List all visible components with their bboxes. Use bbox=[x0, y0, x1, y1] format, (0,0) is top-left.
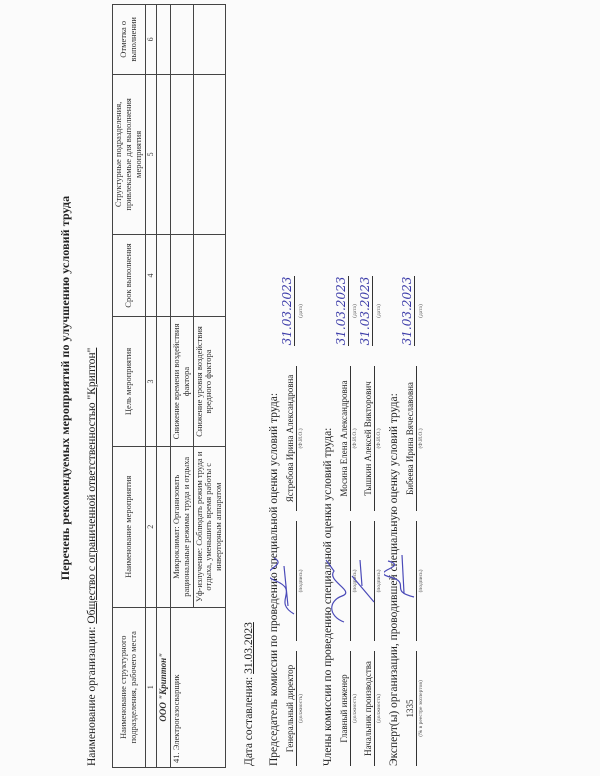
header-workplace: Наименование структурного подразделения,… bbox=[113, 607, 146, 767]
member-position: Начальник производства bbox=[362, 651, 375, 766]
member-name: Тышкин Алексей Викторович bbox=[362, 366, 375, 511]
header-mark: Отметка о выполнении bbox=[113, 5, 146, 75]
deadline-cell bbox=[171, 235, 194, 317]
member-signature bbox=[348, 556, 378, 606]
expert-date: 31.03.2023 bbox=[400, 276, 415, 346]
group-name: ООО "Криптон" bbox=[157, 607, 171, 767]
group-row: ООО "Криптон" bbox=[157, 5, 171, 768]
member-date: 31.03.2023 bbox=[334, 276, 349, 346]
caption-signature: (подпись) bbox=[298, 521, 304, 641]
member-signature-row: Главный инженер (должность) (подпись) Мо… bbox=[338, 6, 362, 766]
measures-table: Наименование структурного подразделения,… bbox=[112, 4, 226, 768]
expert-name: Бибеева Ирина Вячеславовна bbox=[404, 366, 417, 511]
caption-reg-number: (№ в реестре экспертов) bbox=[418, 651, 424, 766]
member-date: 31.03.2023 bbox=[358, 276, 373, 346]
goal-cell: Снижение уровня воздействия вредного фак… bbox=[193, 316, 225, 446]
expert-reg-number: 1335 bbox=[404, 651, 417, 766]
member-position: Главный инженер bbox=[338, 651, 351, 766]
departments-cell bbox=[171, 74, 194, 234]
col-num: 5 bbox=[146, 74, 157, 234]
caption-name: (Ф.И.О.) bbox=[376, 366, 382, 511]
caption-signature: (подпись) bbox=[418, 521, 424, 641]
date-label: Дата составления: bbox=[243, 677, 255, 766]
goal-cell: Снижение времени воздействия фактора bbox=[171, 316, 194, 446]
chairman-signature bbox=[270, 556, 300, 616]
header-goal: Цель мероприятия bbox=[113, 316, 146, 446]
caption-position: (должность) bbox=[352, 651, 358, 766]
header-deadline: Срок выполнения bbox=[113, 235, 146, 317]
deadline-cell bbox=[193, 235, 225, 317]
org-name: Общество с ограниченной ответственностью… bbox=[86, 348, 98, 624]
chairman-name: Ястребова Ирина Александровна bbox=[284, 366, 297, 511]
document-title: Перечень рекомендуемых мероприятий по ул… bbox=[58, 0, 73, 776]
organization-line: Наименование организации: Общество с огр… bbox=[86, 348, 98, 766]
workplace-cell: 41. Электрогазосварщик bbox=[171, 607, 226, 767]
chairman-position: Генеральный директор bbox=[284, 651, 297, 766]
measure-cell: Микроклимат: Организовать рациональные р… bbox=[171, 447, 194, 607]
expert-signature bbox=[384, 551, 418, 601]
caption-date: (дата) bbox=[376, 276, 382, 346]
chairman-date: 31.03.2023 bbox=[280, 276, 295, 346]
member-name: Мосина Елена Александровна bbox=[338, 366, 351, 511]
org-label: Наименование организации: bbox=[86, 627, 98, 766]
mark-cell bbox=[193, 5, 225, 75]
header-departments: Структурные подразделения, привлекаемые … bbox=[113, 74, 146, 234]
measure-cell: Уф-излучение: Соблюдать режим труда и от… bbox=[193, 447, 225, 607]
date-value: 31.03.2023 bbox=[243, 622, 255, 674]
header-measure: Наименование мероприятия bbox=[113, 447, 146, 607]
caption-date: (дата) bbox=[418, 276, 424, 346]
caption-position: (должность) bbox=[298, 651, 304, 766]
col-num: 6 bbox=[146, 5, 157, 75]
caption-name: (Ф.И.О.) bbox=[298, 366, 304, 511]
mark-cell bbox=[171, 5, 194, 75]
column-numbers-row: 1 2 3 4 5 6 bbox=[146, 5, 157, 768]
expert-signature-row: 1335 (№ в реестре экспертов) (подпись) Б… bbox=[404, 6, 428, 766]
col-num: 4 bbox=[146, 235, 157, 317]
col-num: 2 bbox=[146, 447, 157, 607]
caption-name: (Ф.И.О.) bbox=[418, 366, 424, 511]
table-row: 41. Электрогазосварщик Микроклимат: Орга… bbox=[171, 5, 194, 768]
table-header-row: Наименование структурного подразделения,… bbox=[113, 5, 146, 768]
caption-name: (Ф.И.О.) bbox=[352, 366, 358, 511]
caption-signature: (подпись) bbox=[376, 521, 382, 641]
document-page: Перечень рекомендуемых мероприятий по ул… bbox=[0, 0, 600, 776]
caption-date: (дата) bbox=[298, 276, 304, 346]
col-num: 1 bbox=[146, 607, 157, 767]
chairman-signature-row: Генеральный директор (должность) (подпис… bbox=[284, 6, 308, 766]
caption-position: (должность) bbox=[376, 651, 382, 766]
member-signature-row: Начальник производства (должность) (подп… bbox=[362, 6, 386, 766]
compilation-date: Дата составления: 31.03.2023 bbox=[243, 622, 255, 766]
col-num: 3 bbox=[146, 316, 157, 446]
departments-cell bbox=[193, 74, 225, 234]
